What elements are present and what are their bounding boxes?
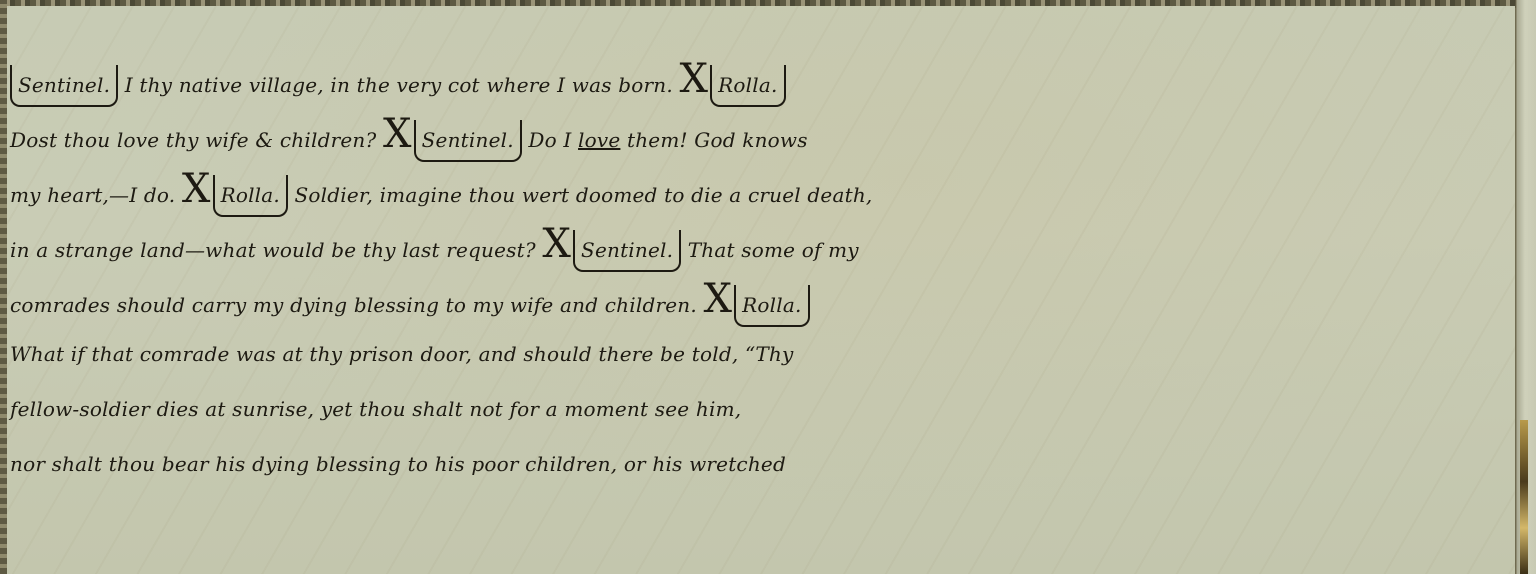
speaker-label: Rolla. <box>710 65 785 107</box>
line-text: nor shalt thou bear his dying blessing t… <box>10 452 786 476</box>
line-text: Soldier, imagine thou wert doomed to die… <box>295 183 873 207</box>
manuscript-line-8: nor shalt thou bear his dying blessing t… <box>10 437 1510 492</box>
background-strip-left <box>0 0 7 574</box>
cross-mark: X <box>383 111 412 157</box>
cross-mark: X <box>703 276 732 322</box>
line-text: Do I <box>528 128 571 152</box>
manuscript-line-2: Dost thou love thy wife & children? XSen… <box>10 107 1510 162</box>
line-text: I thy native village, in the very cot wh… <box>125 73 673 97</box>
line-text: That some of my <box>688 238 859 262</box>
line-text: them! God knows <box>627 128 808 152</box>
speaker-label: Rolla. <box>213 175 288 217</box>
line-text: my heart,—I do. <box>10 183 175 207</box>
speaker-label: Sentinel. <box>573 230 681 272</box>
line-text: What if that comrade was at thy prison d… <box>10 342 794 366</box>
manuscript-line-7: fellow-soldier dies at sunrise, yet thou… <box>10 382 1510 437</box>
line-text: fellow-soldier dies at sunrise, yet thou… <box>10 397 741 421</box>
line-text: comrades should carry my dying blessing … <box>10 293 697 317</box>
speaker-label: Rolla. <box>734 285 809 327</box>
manuscript-line-3: my heart,—I do. XRolla. Soldier, imagine… <box>10 162 1510 217</box>
manuscript-line-1: Sentinel. I thy native village, in the v… <box>10 52 1510 107</box>
manuscript-line-5: comrades should carry my dying blessing … <box>10 272 1510 327</box>
speaker-label: Sentinel. <box>414 120 522 162</box>
manuscript-line-4: in a strange land—what would be thy last… <box>10 217 1510 272</box>
cross-mark: X <box>182 166 211 212</box>
cross-mark: X <box>542 221 571 267</box>
underlined-word: love <box>578 128 620 152</box>
speaker-label: Sentinel. <box>10 65 118 107</box>
cross-mark: X <box>679 56 708 102</box>
line-text: Dost thou love thy wife & children? <box>10 128 376 152</box>
manuscript-text: Sentinel. I thy native village, in the v… <box>10 52 1510 492</box>
gilt-edge <box>1520 420 1528 574</box>
line-text: in a strange land—what would be thy last… <box>10 238 536 262</box>
manuscript-line-6: What if that comrade was at thy prison d… <box>10 327 1510 382</box>
